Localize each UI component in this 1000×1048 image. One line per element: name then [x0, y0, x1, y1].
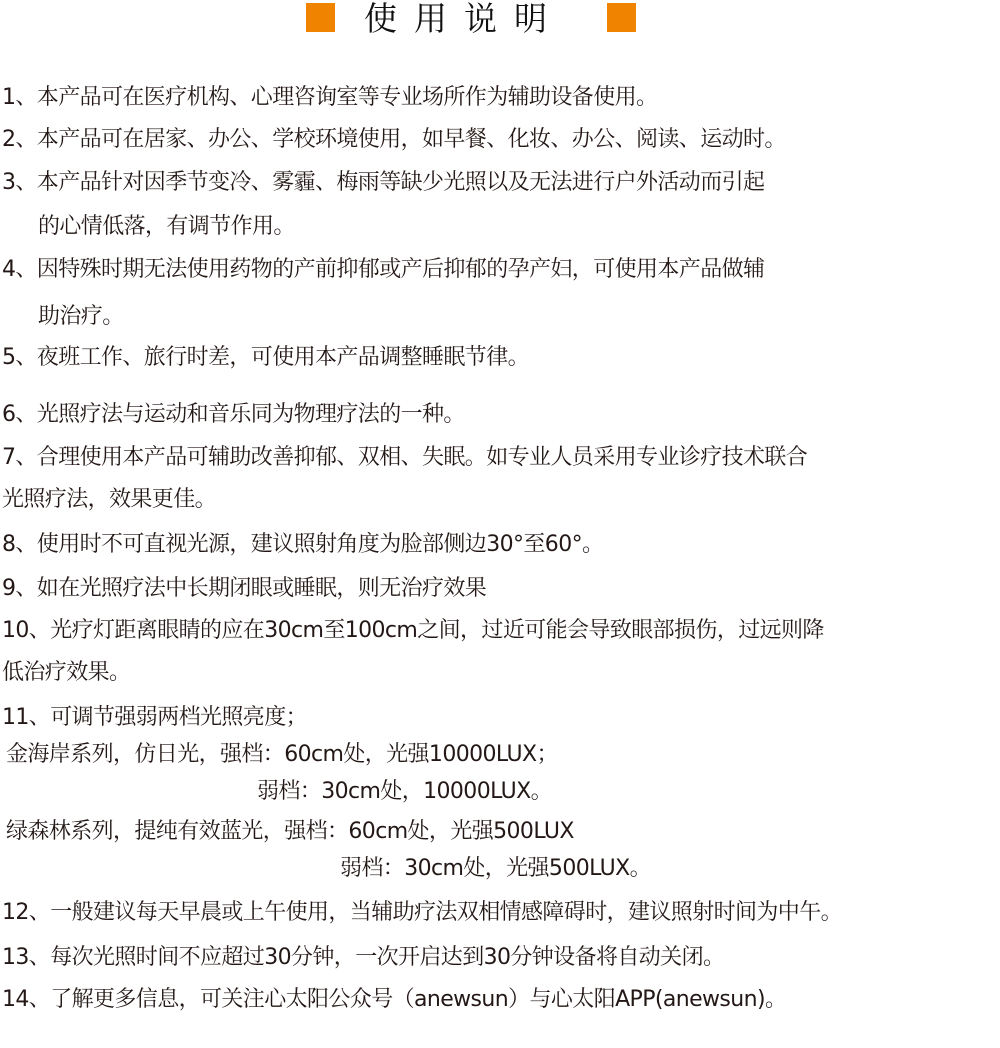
item-7: 7、合理使用本产品可辅助改善抑郁、双相、失眠。如专业人员采用专业诊疗技术联合	[2, 443, 807, 473]
item-11-green-forest-weak: 弱档：30cm处，光强500LUX。	[340, 854, 651, 884]
item-1: 1、本产品可在医疗机构、心理咨询室等专业场所作为辅助设备使用。	[2, 83, 657, 113]
item-2: 2、本产品可在居家、办公、学校环境使用，如早餐、化妆、办公、阅读、运动时。	[2, 125, 786, 155]
item-6: 6、光照疗法与运动和音乐同为物理疗法的一种。	[2, 400, 465, 430]
page-header: 使用说明	[0, 0, 1000, 40]
item-4-cont: 助治疗。	[38, 302, 124, 332]
item-5: 5、夜班工作、旅行时差，可使用本产品调整睡眠节律。	[2, 343, 529, 373]
item-10: 10、光疗灯距离眼睛的应在30cm至100cm之间，过近可能会导致眼部损伤，过远…	[2, 616, 824, 646]
orange-square-icon-left	[306, 3, 335, 32]
item-4: 4、因特殊时期无法使用药物的产前抑郁或产后抑郁的孕产妇，可使用本产品做辅	[2, 255, 764, 285]
item-8: 8、使用时不可直视光源，建议照射角度为脸部侧边30°至60°。	[2, 530, 603, 560]
item-3: 3、本产品针对因季节变冷、雾霾、梅雨等缺少光照以及无法进行户外活动而引起	[2, 168, 764, 198]
item-11: 11、可调节强弱两档光照亮度；	[2, 703, 307, 733]
item-10-cont: 低治疗效果。	[2, 658, 130, 688]
item-3-cont: 的心情低落，有调节作用。	[38, 212, 295, 242]
orange-square-icon-right	[607, 3, 636, 32]
item-9: 9、如在光照疗法中长期闭眼或睡眠，则无治疗效果	[2, 574, 486, 604]
item-11-green-forest-strong: 绿森林系列，提纯有效蓝光，强档：60cm处，光强500LUX	[6, 817, 574, 847]
page-title: 使用说明	[364, 0, 564, 39]
item-13: 13、每次光照时间不应超过30分钟，一次开启达到30分钟设备将自动关闭。	[2, 943, 724, 973]
item-11-gold-coast-strong: 金海岸系列，仿日光，强档：60cm处，光强10000LUX；	[6, 740, 558, 770]
item-12: 12、一般建议每天早晨或上午使用，当辅助疗法双相情感障碍时，建议照射时间为中午。	[2, 898, 842, 928]
item-14: 14、了解更多信息，可关注心太阳公众号（anewsun）与心太阳APP(anew…	[2, 985, 786, 1015]
item-11-gold-coast-weak: 弱档：30cm处，10000LUX。	[257, 777, 552, 807]
item-7-cont: 光照疗法，效果更佳。	[2, 485, 216, 515]
